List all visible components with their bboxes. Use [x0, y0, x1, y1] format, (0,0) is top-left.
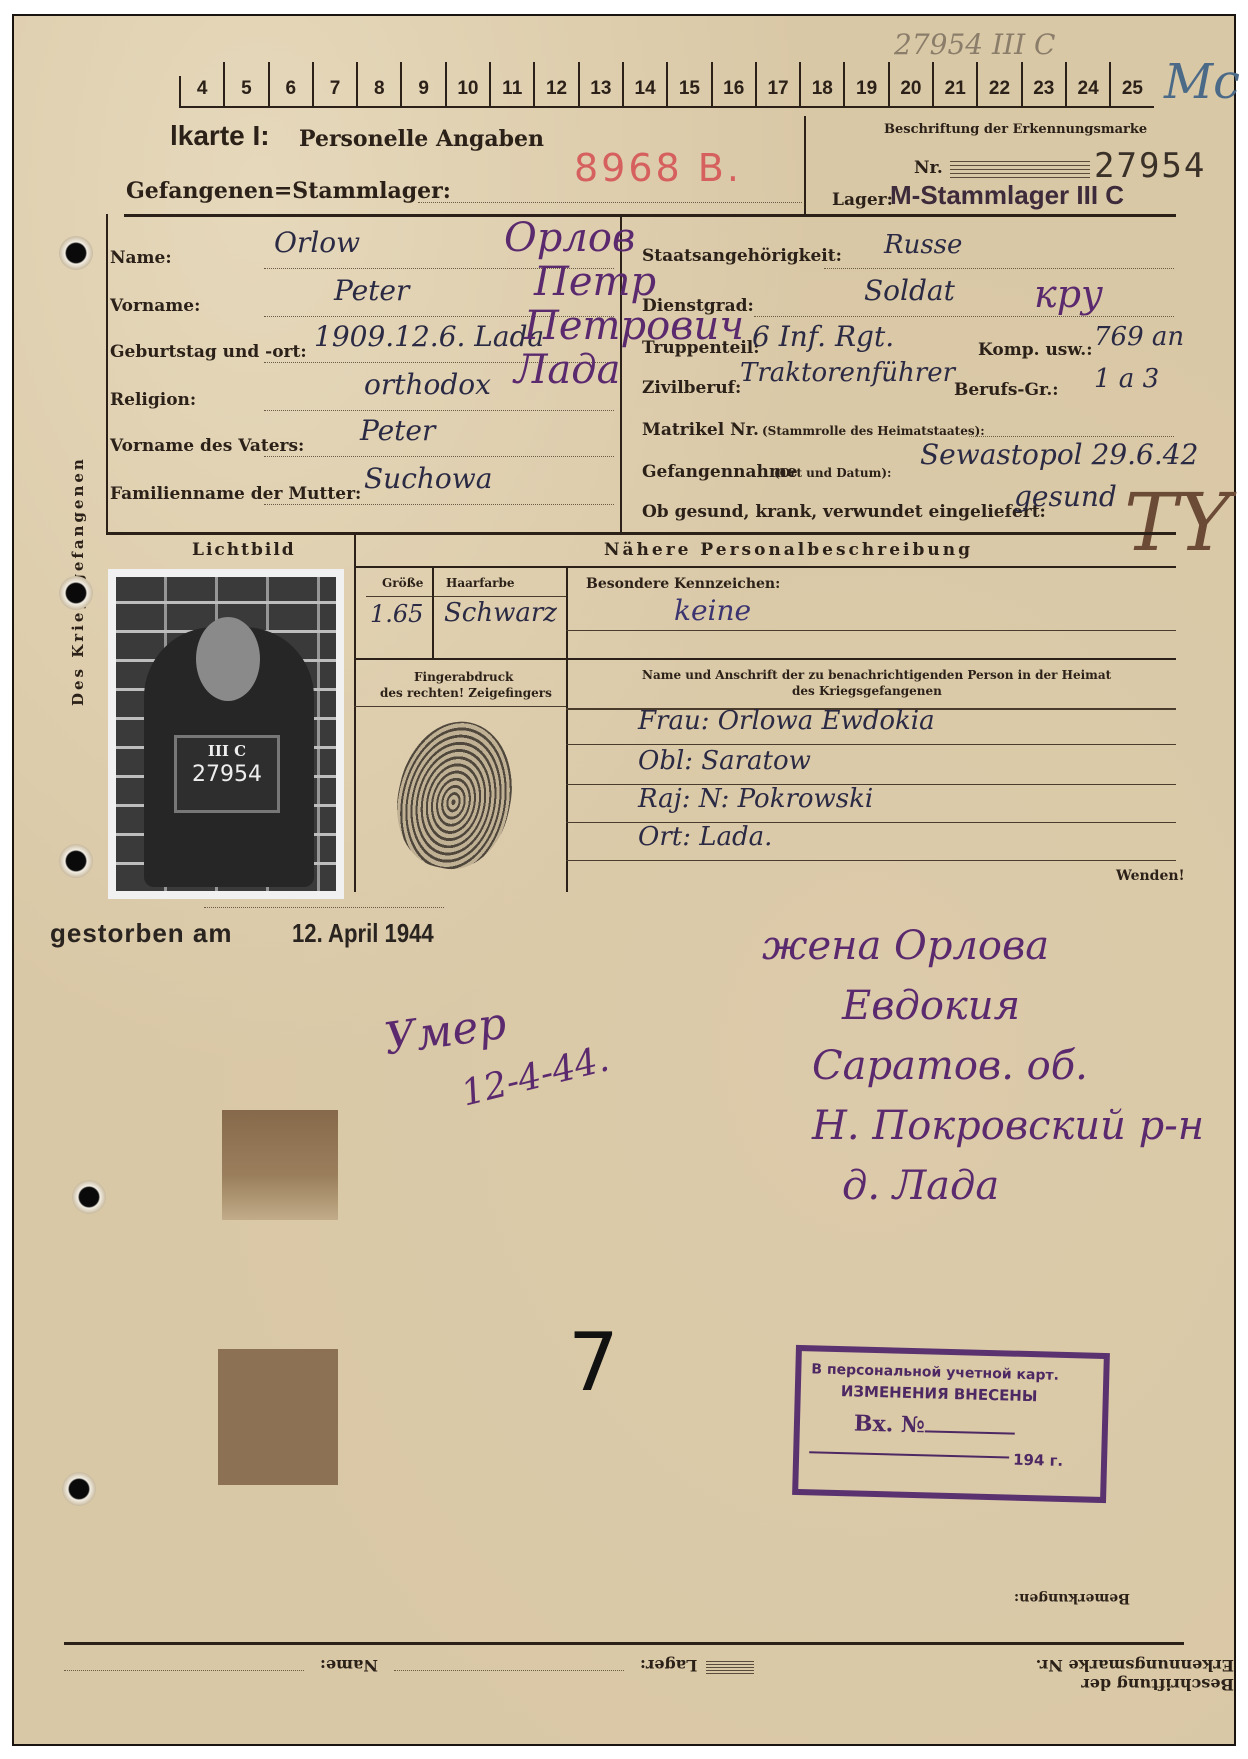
- fingerprint-label-1: Fingerabdruck: [414, 670, 513, 684]
- contact-line: Raj: N: Pokrowski: [638, 784, 873, 814]
- ruler-cell: 15: [666, 62, 710, 106]
- death-date: 12. April 1944: [292, 918, 434, 949]
- dienstgrad-value: Soldat: [864, 274, 955, 307]
- groesse-label: Größe: [382, 576, 423, 590]
- tape-residue: [218, 1349, 338, 1485]
- ruler-cell: 25: [1109, 62, 1153, 106]
- ruler-cell: 24: [1065, 62, 1109, 106]
- punch-hole: [59, 236, 93, 270]
- kennzeichen-value: keine: [674, 594, 751, 627]
- bemerkungen-label: Bemerkungen:: [1014, 1590, 1130, 1606]
- punch-hole: [72, 1180, 106, 1214]
- gefangennahme-value: Sewastopol 29.6.42: [920, 438, 1198, 471]
- field-value: Orlow: [274, 226, 360, 259]
- haarfarbe-value: Schwarz: [444, 598, 557, 628]
- russian-death-note-1: Умер: [381, 998, 509, 1066]
- field-value: Peter: [360, 414, 435, 447]
- staatsangehoerigkeit-value: Russe: [884, 230, 962, 260]
- contact-line: Ort: Lada.: [638, 822, 772, 852]
- ruler-cell: 18: [799, 62, 843, 106]
- ruler-cell: 7: [312, 62, 356, 106]
- tag-lager-label: Lager:: [832, 190, 893, 210]
- contact-line: Frau: Orlowa Ewdokia: [638, 706, 935, 736]
- field-label: Name:: [110, 248, 172, 268]
- contact-line: Obl: Saratow: [638, 746, 811, 776]
- personal-card: 45678910111213141516171819202122232425 2…: [12, 14, 1236, 1746]
- ruler-cell: 23: [1021, 62, 1065, 106]
- tag-nr-label: Nr.: [914, 158, 943, 178]
- ruler-cell: 14: [622, 62, 666, 106]
- stamp-vx-number: Вх. №: [854, 1410, 1016, 1440]
- field-value: Peter: [334, 274, 409, 307]
- fingerprint-label-2: des rechten! Zeigefingers: [380, 686, 552, 700]
- ruler-cell: 16: [711, 62, 755, 106]
- contact-label-2: des Kriegsgefangenen: [792, 684, 942, 698]
- gesund-label: Ob gesund, krank, verwundet eingeliefert…: [642, 502, 1046, 522]
- ruler-cell: 5: [223, 62, 267, 106]
- russian-margin-notes: Орлов Петр Петрович Лада: [504, 216, 744, 392]
- prisoner-photo: III C 27954: [108, 569, 344, 899]
- matrikel-note: (Stammrolle des Heimatstaates):: [762, 424, 985, 438]
- berufs-gr-value: 1 a 3: [1094, 364, 1159, 394]
- back-beschriftung-label: Beschriftung der Erkennungsmarke Nr.: [914, 1656, 1234, 1694]
- column-ruler: 45678910111213141516171819202122232425: [179, 62, 1154, 108]
- komp-value: 769 an: [1094, 322, 1184, 352]
- ruler-cell: 17: [755, 62, 799, 106]
- truppenteil-value: 6 Inf. Rgt.: [752, 320, 894, 353]
- wenden-note: Wenden!: [1116, 868, 1185, 884]
- ruler-cell: 20: [888, 62, 932, 106]
- field-label: Religion:: [110, 390, 196, 410]
- matrikel-label: Matrikel Nr.: [642, 420, 759, 440]
- ruler-cell: 19: [843, 62, 887, 106]
- field-label: Vorname des Vaters:: [110, 436, 304, 456]
- tape-residue: [222, 1110, 338, 1220]
- punch-hole: [62, 1472, 96, 1506]
- blue-initials: Mc: [1164, 54, 1240, 110]
- komp-label: Komp. usw.:: [978, 340, 1093, 360]
- contact-label-1: Name und Anschrift der zu benachrichtige…: [642, 668, 1111, 682]
- field-label: Vorname:: [110, 296, 200, 316]
- field-label: Familienname der Mutter:: [110, 484, 361, 504]
- ruler-cell: 9: [400, 62, 444, 106]
- back-name-label: Name:: [320, 1656, 378, 1675]
- ruler-cell: 6: [268, 62, 312, 106]
- tag-heading: Beschriftung der Erkennungsmarke: [884, 122, 1147, 137]
- tag-lager-value: M-Stammlager III C: [890, 180, 1124, 211]
- punch-hole: [59, 576, 93, 610]
- stammlager-label: Gefangenen=Stammlager:: [126, 178, 451, 204]
- pencil-top-note: 27954 III C: [894, 28, 1055, 61]
- back-lager-label: Lager:: [640, 1656, 697, 1675]
- ruler-cell: 13: [578, 62, 622, 106]
- pen-mark: 7: [568, 1316, 619, 1409]
- photo-label: Lichtbild: [192, 540, 296, 560]
- ruler-cell: 8: [356, 62, 400, 106]
- zivilberuf-value: Traktorenführer: [740, 358, 955, 388]
- field-value: orthodox: [364, 368, 491, 401]
- russian-stamp: В персональной учетной карт. ИЗМЕНЕНИЯ В…: [792, 1345, 1110, 1503]
- ruler-cell: 22: [976, 62, 1020, 106]
- russian-address-note: жена Орлова Евдокия Саратов. об. Н. Покр…: [762, 916, 1204, 1216]
- card-title-prefix: lkarte I:: [170, 120, 270, 152]
- gesund-value: gesund: [1014, 480, 1117, 513]
- berufs-gr-label: Berufs-Gr.:: [954, 380, 1059, 400]
- ruler-cell: 12: [533, 62, 577, 106]
- ruler-cell: 11: [489, 62, 533, 106]
- punch-hole: [59, 844, 93, 878]
- kennzeichen-label: Besondere Kennzeichen:: [586, 576, 780, 592]
- gefangennahme-note: (Ort und Datum):: [774, 466, 891, 480]
- field-label: Geburtstag und -ort:: [110, 342, 307, 362]
- russian-right-note: кру: [1034, 272, 1103, 316]
- fingerprint-image: [385, 711, 525, 879]
- card-title: Personelle Angaben: [299, 126, 544, 152]
- description-heading: Nähere Personalbeschreibung: [604, 540, 973, 560]
- haarfarbe-label: Haarfarbe: [446, 576, 515, 590]
- ruler-cell: 4: [179, 76, 223, 106]
- red-number: 8968 B.: [574, 146, 742, 190]
- groesse-value: 1.65: [370, 600, 423, 628]
- big-initials: TY: [1124, 476, 1230, 569]
- photo-slate: III C 27954: [174, 735, 280, 813]
- ruler-cell: 21: [932, 62, 976, 106]
- death-label: gestorben am: [50, 918, 233, 949]
- field-value: Suchowa: [364, 462, 492, 495]
- ruler-cell: 10: [445, 62, 489, 106]
